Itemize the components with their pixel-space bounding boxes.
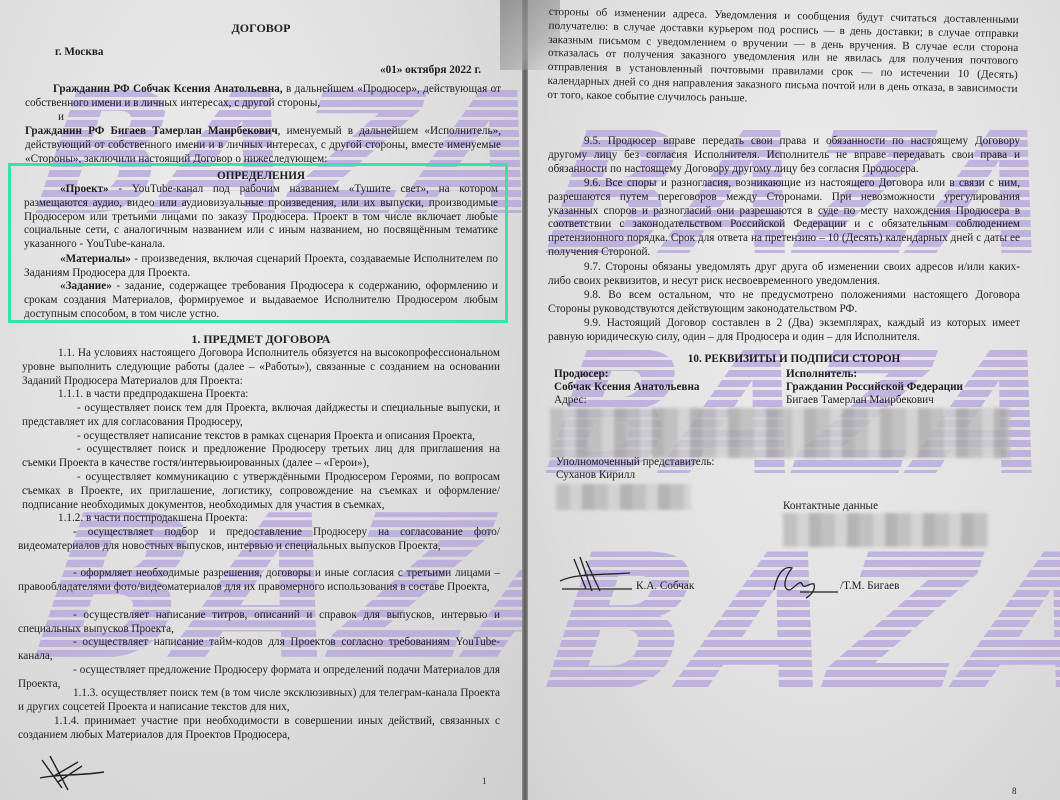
clause-9-9: 9.9. Настоящий Договор составлен в 2 (Дв… (548, 317, 1020, 345)
page-number: 8 (1012, 786, 1017, 796)
representative-name: Суханов Кирилл (556, 469, 635, 483)
clause-1-1: 1.1. На условиях настоящего Договора Исп… (22, 347, 500, 388)
contract-page-1: BAZA BAZA ДОГОВОР г. Москва «01» октября… (0, 0, 522, 800)
contacts-label: Контактные данные (783, 500, 878, 514)
city: г. Москва (55, 46, 103, 60)
clause-9-6: 9.6. Все споры и разногласия, возникающи… (548, 177, 1020, 260)
signature-sobchak (556, 555, 634, 595)
list-item: - осуществляет поиск тем для Проекта, вк… (22, 402, 500, 430)
executor-label: Исполнитель: (786, 368, 857, 382)
clause-9-4-continuation: стороны об изменении адреса. Уведомления… (547, 6, 1019, 111)
representative-label: Уполномоченный представитель: (556, 456, 715, 470)
executor-name: Бигаев Тамерлан Маирбекович (786, 394, 934, 408)
executor-status: Гражданин Российской Федерации (786, 381, 963, 395)
list-item: - осуществляет написание текстов в рамка… (22, 430, 500, 444)
section1-heading: 1. ПРЕДМЕТ ДОГОВОРА (0, 333, 522, 347)
list-item: - оформляет необходимые разрешения, дого… (18, 567, 500, 595)
producer-name: Собчак Ксения Анатольевна (554, 381, 700, 395)
party2-name: Гражданин РФ Бигаев Тамерлан Маирбекович (25, 125, 278, 137)
list-item: - осуществляет написание титров, описани… (18, 609, 500, 637)
page-number: 1 (482, 776, 487, 786)
clause-1-1-3: 1.1.3. осуществляет поиск тем (в том чис… (18, 687, 500, 715)
clause-9-8: 9.8. Во всем остальном, что не предусмот… (548, 289, 1020, 317)
section10-heading: 10. РЕКВИЗИТЫ И ПОДПИСИ СТОРОН (528, 353, 1060, 367)
clause-1-1-2: 1.1.2. в части постпродакшена Проекта: (58, 512, 248, 526)
contract-page-8: BAZA BAZA BAZA стороны об изменении адре… (528, 0, 1060, 800)
producer-label: Продюсер: (554, 368, 608, 382)
party1-block: Гражданин РФ Собчак Ксения Анатольевна, … (25, 83, 501, 111)
list-item: - осуществляет поиск и предложение Продю… (22, 443, 500, 471)
signature-bigaev (770, 560, 840, 600)
list-item: - осуществляет коммуникацию с утверждённ… (22, 471, 500, 512)
contract-title: ДОГОВОР (0, 22, 522, 36)
list-item: - осуществляет написание тайм-кодов для … (18, 636, 500, 664)
sign-producer-name: К.А. Собчак (636, 580, 694, 594)
highlight-box (8, 163, 508, 323)
party1-name: Гражданин РФ Собчак Ксения Анатольевна, (25, 83, 283, 95)
address-label: Адрес: (554, 394, 587, 408)
redacted-address (550, 408, 1010, 458)
clause-1-1-1: 1.1.1. в части предпродакшена Проекта: (58, 388, 248, 402)
redacted-representative-contact (556, 484, 691, 510)
list-item: - осуществляет подбор и предоставление П… (18, 526, 500, 554)
contract-date: «01» октября 2022 г. (380, 64, 481, 78)
sign-executor-name: /Т.М. Бигаев (840, 580, 899, 594)
redacted-contacts (783, 513, 988, 547)
clause-1-1-4: 1.1.4. принимает участие при необходимос… (18, 715, 500, 743)
clause-9-5: 9.5. Продюсер вправе передать свои права… (548, 135, 1020, 176)
and-text: и (58, 111, 64, 125)
clause-9-7: 9.7. Стороны обязаны уведомлять друг дру… (548, 261, 1020, 289)
signature-sobchak (38, 752, 108, 794)
party2-block: Гражданин РФ Бигаев Тамерлан Маирбекович… (25, 125, 501, 166)
